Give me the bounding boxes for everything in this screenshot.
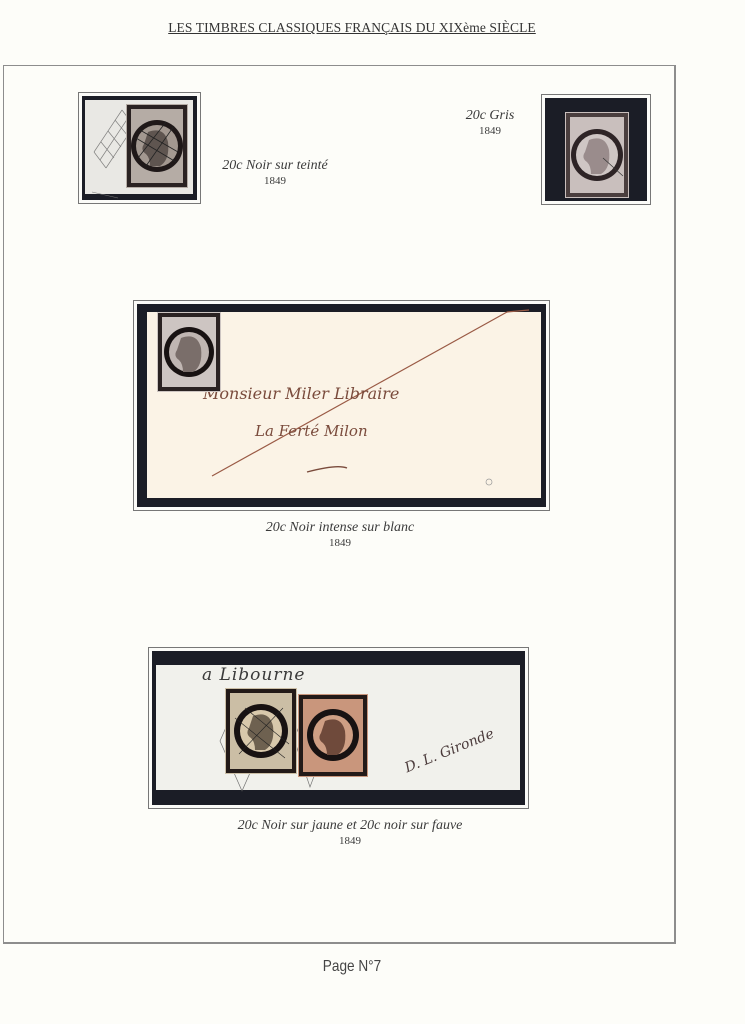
cover-addressee: Monsieur Miler Libraire: [203, 384, 399, 403]
stamp-mount-noir-teinte: [78, 92, 201, 204]
ceres-stamp: [126, 104, 188, 188]
caption-jaune-fauve: 20c Noir sur jaune et 20c noir sur fauve…: [210, 818, 490, 847]
caption-title: 20c Noir sur teinté: [210, 158, 340, 174]
caption-noir-teinte: 20c Noir sur teinté 1849: [210, 158, 340, 187]
caption-gris: 20c Gris 1849: [450, 108, 530, 137]
caption-title: 20c Gris: [450, 108, 530, 124]
caption-noir-intense: 20c Noir intense sur blanc 1849: [240, 520, 440, 549]
caption-year: 1849: [210, 835, 490, 847]
caption-title: 20c Noir intense sur blanc: [240, 520, 440, 536]
cover-mount-jaune-fauve: a Libourne D. L. Gironde: [148, 647, 529, 809]
page-number: Page N°7: [53, 958, 651, 976]
ceres-stamp: [565, 112, 629, 198]
ceres-stamp-jaune: [225, 688, 297, 774]
cover-place: La Ferté Milon: [255, 422, 368, 440]
cover-mount-noir-intense: Monsieur Miler Libraire La Ferté Milon: [133, 300, 550, 511]
caption-year: 1849: [210, 175, 340, 187]
page-header-title: LES TIMBRES CLASSIQUES FRANÇAIS DU XIXèm…: [0, 20, 704, 36]
ceres-stamp: [157, 312, 221, 392]
ceres-stamp-fauve: [298, 694, 368, 777]
stamp-mount-gris: [541, 94, 651, 205]
caption-year: 1849: [450, 125, 530, 137]
caption-title: 20c Noir sur jaune et 20c noir sur fauve: [210, 818, 490, 834]
caption-year: 1849: [240, 537, 440, 549]
